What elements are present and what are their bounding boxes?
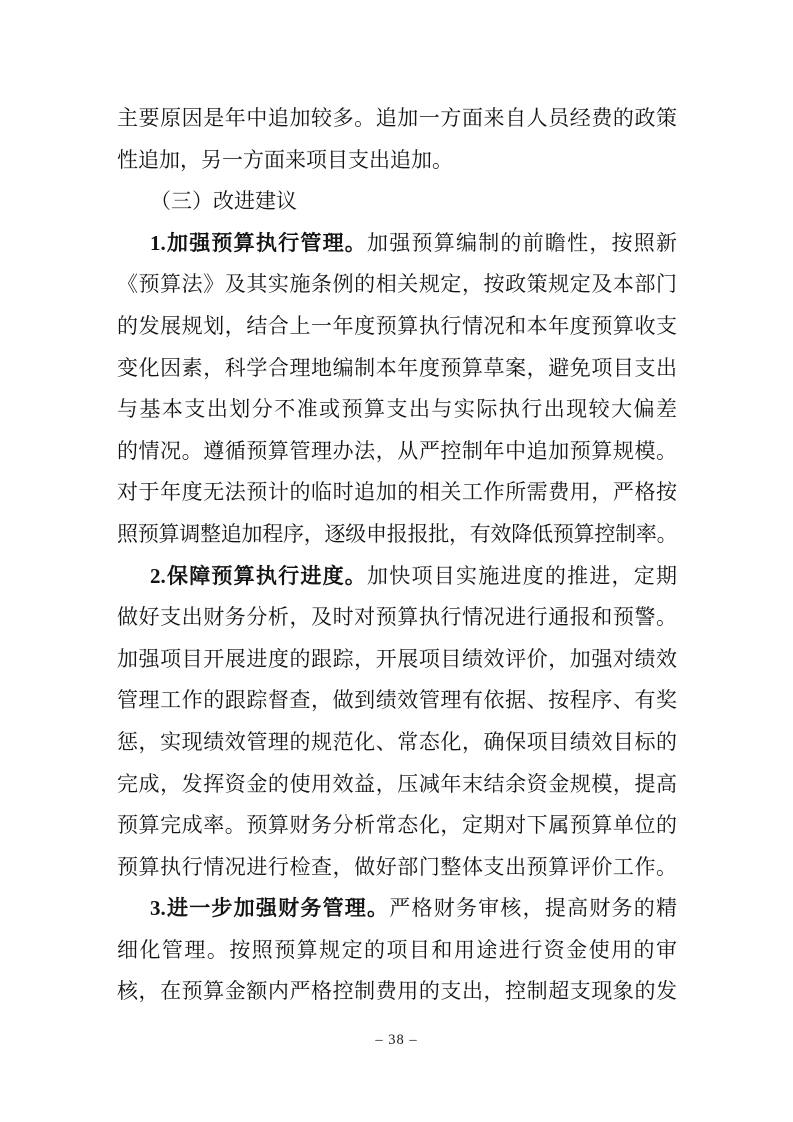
text-line: 预算执行情况进行检查，做好部门整体支出预算评价工作。 xyxy=(117,847,677,889)
text-line: 预算完成率。预算财务分析常态化，定期对下属预算单位的 xyxy=(117,805,677,847)
text-line: 照预算调整追加程序，逐级申报报批，有效降低预算控制率。 xyxy=(117,514,677,556)
paragraph-lead: 3.进一步加强财务管理。 xyxy=(150,896,389,920)
text-line: 与基本支出划分不准或预算支出与实际执行出现较大偏差 xyxy=(117,389,677,431)
text-line: 变化因素，科学合理地编制本年度预算草案，避免项目支出 xyxy=(117,348,677,390)
document-page: { "document": { "lines": [ { "text": "主要… xyxy=(0,0,793,1122)
text-line: 的情况。遵循预算管理办法，从严控制年中追加预算规模。 xyxy=(117,431,677,473)
text-line: 对于年度无法预计的临时追加的相关工作所需费用，严格按 xyxy=(117,472,677,514)
paragraph-lead: 2.保障预算执行进度。 xyxy=(150,564,367,588)
text-line: 2.保障预算执行进度。加快项目实施进度的推进，定期 xyxy=(117,556,677,598)
text-line: 细化管理。按照预算规定的项目和用途进行资金使用的审 xyxy=(117,930,677,972)
text-line: 《预算法》及其实施条例的相关规定，按政策规定及本部门 xyxy=(117,264,677,306)
text-line: （三）改进建议 xyxy=(117,181,677,223)
text-line: 性追加，另一方面来项目支出追加。 xyxy=(117,140,677,182)
text-line: 做好支出财务分析，及时对预算执行情况进行通报和预警。 xyxy=(117,597,677,639)
page-background: 主要原因是年中追加较多。追加一方面来自人员经费的政策性追加，另一方面来项目支出追… xyxy=(0,0,793,1122)
page-number: – 38 – xyxy=(0,1032,793,1049)
text-line: 1.加强预算执行管理。加强预算编制的前瞻性，按照新 xyxy=(117,223,677,265)
text-line: 惩，实现绩效管理的规范化、常态化，确保项目绩效目标的 xyxy=(117,722,677,764)
text-line: 的发展规划，结合上一年度预算执行情况和本年度预算收支 xyxy=(117,306,677,348)
text-line: 完成，发挥资金的使用效益，压减年末结余资金规模，提高 xyxy=(117,764,677,806)
text-block: 主要原因是年中追加较多。追加一方面来自人员经费的政策性追加，另一方面来项目支出追… xyxy=(117,98,677,1013)
text-line: 主要原因是年中追加较多。追加一方面来自人员经费的政策 xyxy=(117,98,677,140)
text-line: 加强项目开展进度的跟踪，开展项目绩效评价，加强对绩效 xyxy=(117,639,677,681)
text-line: 管理工作的跟踪督查，做到绩效管理有依据、按程序、有奖 xyxy=(117,680,677,722)
text-line: 3.进一步加强财务管理。严格财务审核，提高财务的精 xyxy=(117,888,677,930)
text-line: 核，在预算金额内严格控制费用的支出，控制超支现象的发 xyxy=(117,971,677,1013)
paragraph-lead: 1.加强预算执行管理。 xyxy=(150,231,367,255)
